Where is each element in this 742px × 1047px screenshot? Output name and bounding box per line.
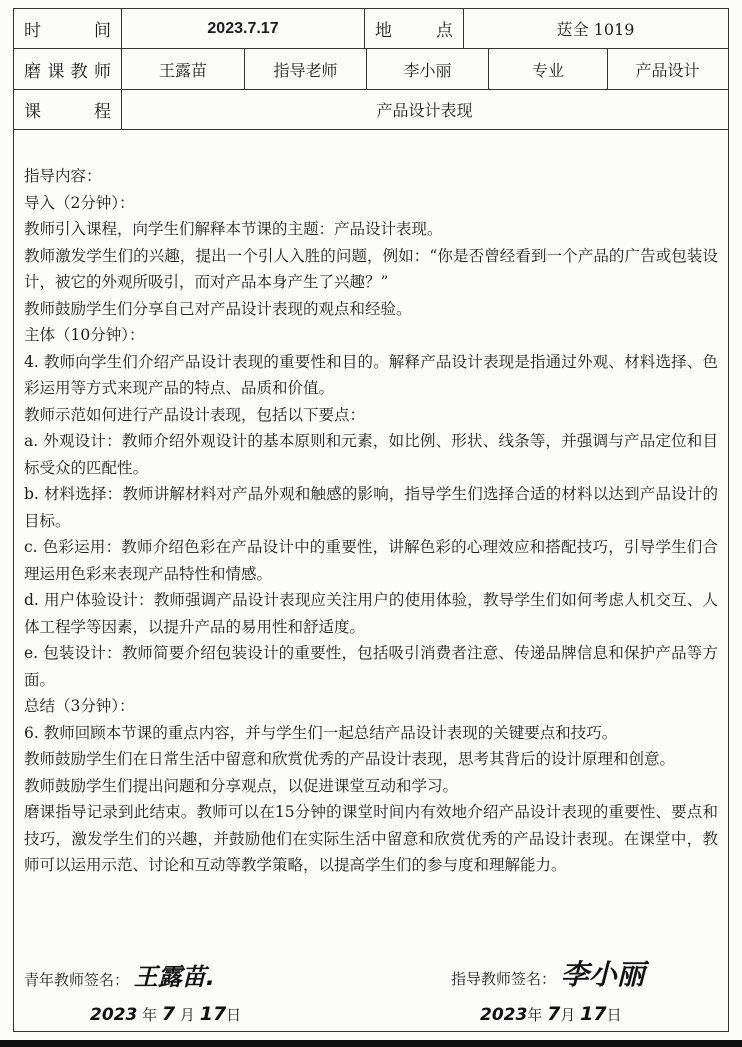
date-month: 7 [547,1003,560,1025]
teacher-label-char: 师 [94,57,111,82]
teacher-label-char: 教 [71,57,88,82]
content-line: 教师鼓励学生们在日常生活中留意和欣赏优秀的产品设计表现，思考其背后的设计原理和创… [24,746,718,773]
content-line: a. 外观设计：教师介绍外观设计的基本原则和元素，如比例、形状、线条等，并强调与… [24,428,718,481]
young-teacher-sig-label: 青年教师签名： [24,971,129,989]
content-line: 教师引入课程，向学生们解释本节课的主题：产品设计表现。 [24,216,718,243]
row-course: 课 程 产品设计表现 [14,90,728,130]
section-main-title: 主体（10分钟）： [24,322,718,349]
course-label-char: 程 [94,97,111,122]
date-year: 2023 [480,1005,527,1025]
teacher-label-char: 磨 [24,57,41,82]
time-label-char: 间 [94,16,111,41]
advisor-label: 指导老师 [245,49,367,89]
document-sheet: 时 间 2023.7.17 地 点 荙全 1019 磨 课 教 师 王露苗 指导… [0,0,742,1040]
content-line: 教师鼓励学生们分享自己对产品设计表现的观点和经验。 [24,296,718,323]
content-line: e. 包装设计：教师简要介绍包装设计的重要性，包括吸引消费者注意、传递品牌信息和… [24,640,718,693]
date-day: 17 [200,1003,226,1025]
date-month: 7 [162,1003,175,1025]
date-day-unit: 日 [226,1006,241,1024]
location-label-char: 点 [436,16,453,41]
young-teacher-handwritten-signature: 王露苗. [134,963,215,991]
course-label-char: 课 [24,97,41,122]
content-line: c. 色彩运用：教师介绍色彩在产品设计中的重要性，讲解色彩的心理效应和搭配技巧，… [24,534,718,587]
date-day: 17 [580,1003,606,1025]
row-teacher: 磨 课 教 师 王露苗 指导老师 李小丽 专业 产品设计 [14,49,728,90]
content-line: b. 材料选择：教师讲解材料对产品外观和触感的影响，指导学生们选择合适的材料以达… [24,481,718,534]
young-teacher-signature: 青年教师签名： 王露苗. [24,957,215,992]
row-time-location: 时 间 2023.7.17 地 点 荙全 1019 [14,9,728,49]
section-intro-title: 导入（2分钟）： [24,190,718,217]
location-label: 地 点 [365,9,464,48]
content-line: d. 用户体验设计：教师强调产品设计表现应关注用户的使用体验，教导学生们如何考虑… [24,587,718,640]
teacher-label: 磨 课 教 师 [14,49,122,89]
course-label: 课 程 [14,90,122,129]
date-year-unit: 年 [527,1006,542,1024]
scan-edge [0,1040,742,1047]
advisor-value: 李小丽 [367,49,489,89]
date-year: 2023 [90,1005,137,1025]
major-value: 产品设计 [608,49,727,89]
time-label-char: 时 [24,16,41,41]
teacher-value: 王露苗 [122,49,245,89]
content-line: 教师激发学生们的兴趣，提出一个引人入胜的问题，例如：“你是否曾经看到一个产品的广… [24,243,718,296]
content-line: 4. 教师向学生们介绍产品设计表现的重要性和目的。解释产品设计表现是指通过外观、… [24,349,718,402]
advisor-handwritten-signature: 李小丽 [561,958,645,991]
content-line: 磨课指导记录到此结束。教师可以在15分钟的课堂时间内有效地介绍产品设计表现的重要… [24,799,718,879]
time-value: 2023.7.17 [122,9,365,48]
advisor-sig-label: 指导教师签名： [451,970,556,988]
advisor-signature: 指导教师签名： 李小丽 [451,953,645,993]
young-teacher-date: 2023 年 7 月 17日 [90,1003,241,1025]
course-value: 产品设计表现 [122,90,727,129]
section-summary-title: 总结（3分钟）： [24,693,718,720]
location-label-char: 地 [375,16,392,41]
time-label: 时 间 [14,9,122,48]
guidance-content: 指导内容： 导入（2分钟）： 教师引入课程，向学生们解释本节课的主题：产品设计表… [24,163,718,879]
major-label: 专业 [489,49,608,89]
date-month-unit: 月 [560,1006,575,1024]
content-heading: 指导内容： [24,163,718,190]
teacher-label-char: 课 [47,57,64,82]
date-year-unit: 年 [142,1006,157,1024]
record-form: 时 间 2023.7.17 地 点 荙全 1019 磨 课 教 师 王露苗 指导… [13,8,729,1032]
date-month-unit: 月 [180,1006,195,1024]
location-value: 荙全 1019 [464,9,727,48]
content-line: 教师示范如何进行产品设计表现，包括以下要点： [24,402,718,429]
content-line: 6. 教师回顾本节课的重点内容，并与学生们一起总结产品设计表现的关键要点和技巧。 [24,720,718,747]
date-day-unit: 日 [607,1006,622,1024]
content-line: 教师鼓励学生们提出问题和分享观点，以促进课堂互动和学习。 [24,773,718,800]
advisor-date: 2023年 7月 17日 [480,1003,622,1025]
